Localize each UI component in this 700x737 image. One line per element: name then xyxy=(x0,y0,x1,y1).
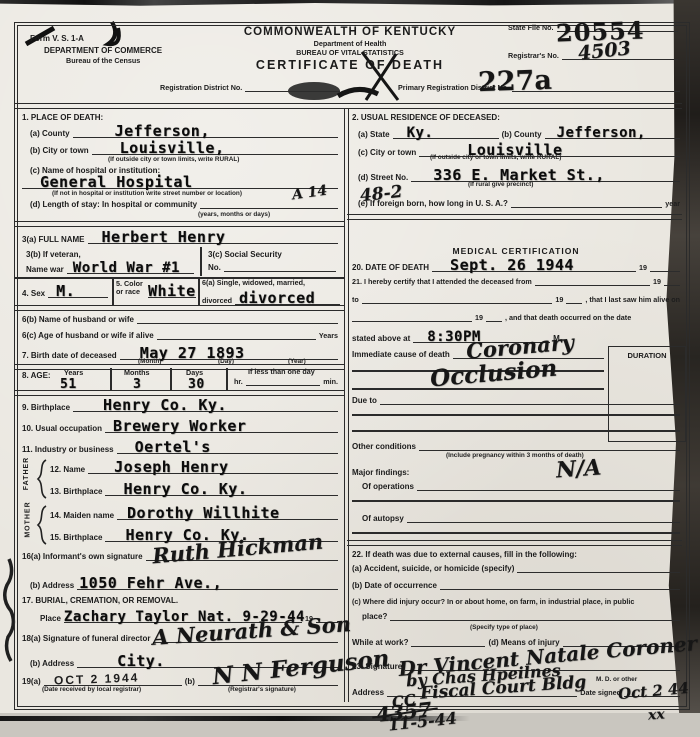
spouse-age-label: 6(c) Age of husband or wife if alive xyxy=(22,331,154,340)
ssn-line xyxy=(224,271,336,272)
father-birthplace-row: 13. Birthplace Henry Co. Ky. xyxy=(50,482,338,496)
external-causes-title: 22. If death was due to external causes,… xyxy=(352,550,577,559)
agebox-div3 xyxy=(226,368,228,390)
injury-place-line xyxy=(390,620,680,621)
birthplace-row: 9. Birthplace Henry Co. Ky. xyxy=(22,398,338,412)
dod-year-line xyxy=(650,271,680,272)
certify-y2: 19 xyxy=(555,296,563,304)
ssn-row: No. xyxy=(208,263,336,272)
received-label: 19(a) xyxy=(22,677,41,686)
due-to-line3 xyxy=(352,430,680,432)
occupation-line: Brewery Worker xyxy=(105,419,338,433)
residence-state-label: (a) State xyxy=(358,130,390,139)
occupation-row: 10. Usual occupation Brewery Worker xyxy=(22,419,338,433)
marital-label: 6(a) Single, widowed, married, xyxy=(202,279,305,287)
operations-line2 xyxy=(352,500,680,502)
form-number: Form V. S. 1-A xyxy=(30,34,84,43)
bureau-vital-statistics: BUREAU OF VITAL STATISTICS xyxy=(230,49,470,57)
father-name-row: 12. Name Joseph Henry xyxy=(50,460,338,474)
father-brace xyxy=(36,458,48,500)
foreign-line xyxy=(511,207,662,208)
at-work-line xyxy=(411,646,485,647)
duration-label: DURATION xyxy=(609,351,685,360)
duration-box: DURATION xyxy=(608,346,686,442)
age-min-label: min. xyxy=(323,378,338,386)
age-hr-row: hr. min. xyxy=(234,378,338,386)
section2-rule xyxy=(347,214,682,220)
agebox-div2 xyxy=(170,368,172,390)
county-row: (a) County Jefferson, xyxy=(30,124,338,138)
father-side-label: FATHER xyxy=(23,457,30,490)
full-name-line: Herbert Henry xyxy=(88,230,338,244)
physician-sig-suffix: M. D. or other xyxy=(596,676,637,683)
residence-state-line: Ky. xyxy=(393,126,499,139)
certify-y2-blank xyxy=(566,303,582,304)
hospital-value: General Hospital xyxy=(40,175,193,190)
spouse-age-suffix: Years xyxy=(319,332,338,340)
residence-county-line: Jefferson, xyxy=(545,126,680,139)
major-findings-label: Major findings: xyxy=(352,468,409,477)
box3-divider xyxy=(200,247,202,276)
father-name-label: 12. Name xyxy=(50,465,85,474)
residence-city-label: (c) City or town xyxy=(358,148,416,157)
received-caption: (Date received by local registrar) xyxy=(42,686,141,693)
father-birthplace-line: Henry Co. Ky. xyxy=(105,482,338,496)
spouse-age-line xyxy=(157,339,316,340)
residence-county-value: Jefferson, xyxy=(557,126,646,140)
birthplace-label: 9. Birthplace xyxy=(22,403,70,412)
age-less-label: If less than one day xyxy=(248,368,315,376)
age-months-value: 3 xyxy=(133,378,141,391)
autopsy-row: Of autopsy xyxy=(362,514,680,523)
certify-to-label: to xyxy=(352,296,359,304)
due-to-row: Due to xyxy=(352,396,680,405)
sex-row: 4. Sex M. xyxy=(22,284,108,298)
injury-caption: (Specify type of place) xyxy=(470,624,538,631)
accident-label: (a) Accident, suicide, or homicide (spec… xyxy=(352,564,514,573)
dod-year-prefix: 19 xyxy=(639,264,647,272)
registration-district-row: Registration District No. xyxy=(160,84,340,92)
funeral-addr-label: (b) Address xyxy=(30,659,74,668)
city-value: Louisville, xyxy=(120,141,225,156)
occupation-label: 10. Usual occupation xyxy=(22,424,102,433)
date-of-death-label: 20. DATE OF DEATH xyxy=(352,263,429,272)
marital-label2: divorced xyxy=(202,297,232,305)
footer-marks: xx xyxy=(648,707,666,722)
received-date-stamp: OCT 2 1944 xyxy=(53,671,139,688)
veteran-label: 3(b) If veteran, xyxy=(26,250,81,259)
registration-district-line xyxy=(245,91,340,92)
residence-city-caption: (If outside city or town limits, write R… xyxy=(430,154,561,161)
due-to-label: Due to xyxy=(352,396,377,405)
mother-name-value: Dorothy Willhite xyxy=(127,506,280,521)
foreign-suffix: year xyxy=(665,200,680,208)
registrar-number: 4503 xyxy=(577,39,632,63)
residence-county-label: (b) County xyxy=(502,130,542,139)
informant-addr-line: 1050 Fehr Ave., xyxy=(77,576,338,590)
street-label: (d) Street No. xyxy=(358,173,408,182)
residence-title: 2. USUAL RESIDENCE OF DECEASED: xyxy=(352,113,500,122)
mother-birthplace-label: 15. Birthplace xyxy=(50,533,102,542)
stay-line xyxy=(200,208,338,209)
mother-name-row: 14. Maiden name Dorothy Willhite xyxy=(50,506,338,520)
certify-line1: 21. I hereby certify that I attended the… xyxy=(352,278,532,286)
sex-value: M. xyxy=(56,284,75,299)
certificate-title: CERTIFICATE OF DEATH xyxy=(230,58,470,72)
section4-rule xyxy=(14,305,344,311)
city-line: Louisville, xyxy=(92,141,338,155)
physician-addr-label: Address xyxy=(352,688,384,697)
age-hr-line xyxy=(246,385,320,386)
mother-side-label: MOTHER xyxy=(25,501,32,537)
stay-row: (d) Length of stay: In hospital or commu… xyxy=(30,200,338,209)
registrar-no-label: Registrar's No. xyxy=(508,52,559,60)
due-to-line2 xyxy=(352,414,680,416)
autopsy-line2 xyxy=(352,532,680,534)
full-name-value: Herbert Henry xyxy=(102,230,226,245)
spouse-age-row: 6(c) Age of husband or wife if alive Yea… xyxy=(22,331,338,340)
mother-name-label: 14. Maiden name xyxy=(50,511,114,520)
certify-to-blank xyxy=(362,303,553,304)
other-conditions-row: Other conditions xyxy=(352,442,680,451)
industry-label: 11. Industry or business xyxy=(22,445,114,454)
autopsy-label: Of autopsy xyxy=(362,514,404,523)
informant-addr-value: 1050 Fehr Ave., xyxy=(79,576,222,591)
full-name-row: 3(a) FULL NAME Herbert Henry xyxy=(22,230,338,244)
war-row: Name war World War #1 xyxy=(26,261,194,274)
spouse-label: 6(b) Name of husband or wife xyxy=(22,315,134,324)
scan-edge-top xyxy=(0,0,700,6)
death-certificate-scan: Form V. S. 1-A DEPARTMENT OF COMMERCE Bu… xyxy=(0,0,700,737)
city-row: (b) City or town Louisville, xyxy=(30,141,338,155)
foreign-row: (e) If foreign born, how long in U. S. A… xyxy=(358,199,680,208)
certify-y1-blank xyxy=(664,285,680,286)
injury-label-1: (c) Where did injury occur? In or about … xyxy=(352,598,634,606)
city-caption: (If outside city or town limits, write R… xyxy=(108,156,239,163)
industry-line: Oertel's xyxy=(117,440,338,454)
department-of-commerce: DEPARTMENT OF COMMERCE xyxy=(44,46,162,55)
county-value: Jefferson, xyxy=(115,124,210,139)
due-to-line xyxy=(380,404,680,405)
birth-date-label: 7. Birth date of deceased xyxy=(22,351,117,360)
father-name-value: Joseph Henry xyxy=(114,460,228,475)
autopsy-line xyxy=(407,522,680,523)
date-of-death-line: Sept. 26 1944 xyxy=(432,258,636,272)
agebox-div1 xyxy=(110,368,112,390)
birthplace-line: Henry Co. Ky. xyxy=(73,398,338,412)
father-name-line: Joseph Henry xyxy=(88,460,338,474)
registration-district-label: Registration District No. xyxy=(160,84,242,92)
industry-row: 11. Industry or business Oertel's xyxy=(22,440,338,454)
occurrence-row: (b) Date of occurrence xyxy=(352,581,680,590)
certify-y3-blank xyxy=(486,321,502,322)
race-line: White xyxy=(148,284,196,298)
stated-label: stated above at xyxy=(352,334,410,343)
at-work-label: While at work? xyxy=(352,638,408,647)
marital-line: divorced xyxy=(235,291,340,305)
place-of-death-title: 1. PLACE OF DEATH: xyxy=(22,113,103,122)
date-of-death-value: Sept. 26 1944 xyxy=(450,258,574,273)
ssn-label: 3(c) Social Security xyxy=(208,250,282,259)
mother-name-line: Dorothy Willhite xyxy=(117,506,338,520)
date-of-death-row: 20. DATE OF DEATH Sept. 26 1944 19 xyxy=(352,258,680,272)
certify-death-occurred: , and that death occurred on the date xyxy=(505,314,631,322)
war-label: Name war xyxy=(26,265,64,274)
sex-label: 4. Sex xyxy=(22,289,45,298)
occupation-value: Brewery Worker xyxy=(113,419,246,434)
occurrence-line xyxy=(440,589,680,590)
received-line: OCT 2 1944 xyxy=(44,672,182,686)
industry-value: Oertel's xyxy=(135,440,211,455)
city-label: (b) City or town xyxy=(30,146,89,155)
physician-sig-label: 23. Signature xyxy=(352,662,402,671)
residence-state-value: Ky. xyxy=(407,126,434,140)
burial-place-label: Place xyxy=(40,614,61,623)
medical-title: MEDICAL CERTIFICATION xyxy=(352,246,680,256)
certify-row2: to 19 , that I last saw him alive on xyxy=(352,296,680,304)
section22-rule xyxy=(347,540,682,546)
state-file-label: State File No. xyxy=(508,24,554,32)
birthplace-value: Henry Co. Ky. xyxy=(103,398,227,413)
operations-row: Of operations xyxy=(362,482,680,491)
occurrence-label: (b) Date of occurrence xyxy=(352,581,437,590)
spouse-line xyxy=(137,323,338,324)
bureau-of-census: Bureau of the Census xyxy=(66,57,140,65)
race-label: 5. Color or race xyxy=(116,280,150,297)
box4-divider1 xyxy=(112,277,114,305)
operations-line xyxy=(417,490,680,491)
operations-label: Of operations xyxy=(362,482,414,491)
certify-y1: 19 xyxy=(653,278,661,286)
burial-title: 17. BURIAL, CREMATION, OR REMOVAL. xyxy=(22,596,178,605)
street-line: 336 E. Market St., xyxy=(411,168,680,182)
informant-addr-label: (b) Address xyxy=(30,581,74,590)
hospital-caption: (If not in hospital or institution write… xyxy=(52,190,242,197)
spouse-row: 6(b) Name of husband or wife xyxy=(22,315,338,324)
marital-value: divorced xyxy=(239,291,315,306)
certify-line1-blank xyxy=(535,285,650,286)
sex-line: M. xyxy=(48,284,108,298)
cause-label: Immediate cause of death xyxy=(352,350,450,359)
county-label: (a) County xyxy=(30,129,70,138)
age-label: 8. AGE: xyxy=(22,371,51,380)
accident-row: (a) Accident, suicide, or homicide (spec… xyxy=(352,564,680,573)
injury-place-row: place? xyxy=(362,612,680,621)
certify-y3: 19 xyxy=(475,314,483,322)
residence-state-row: (a) State Ky. (b) County Jefferson, xyxy=(358,126,680,139)
funeral-addr-value: City. xyxy=(117,654,165,669)
certify-row3-blank xyxy=(352,321,472,322)
street-row: (d) Street No. 336 E. Market St., xyxy=(358,168,680,182)
section1-rule xyxy=(14,221,344,227)
street-caption: (If rural give precinct) xyxy=(468,181,533,188)
stay-caption: (years, months or days) xyxy=(198,211,270,218)
race-value: White xyxy=(148,284,196,299)
ssn-no-label: No. xyxy=(208,263,221,272)
registrar-b-label: (b) xyxy=(185,677,195,686)
accident-line xyxy=(517,572,680,573)
father-birthplace-value: Henry Co. Ky. xyxy=(123,482,247,497)
race-row: White xyxy=(148,284,196,298)
funeral-director-label: 18(a) Signature of funeral director xyxy=(22,634,150,643)
primary-district-number: 227a xyxy=(478,67,553,97)
father-birthplace-label: 13. Birthplace xyxy=(50,487,102,496)
foreign-label: (e) If foreign born, how long in U. S. A… xyxy=(358,199,508,208)
age-years-value: 51 xyxy=(60,378,77,391)
certify-row3: 19 , and that death occurred on the date xyxy=(352,314,680,322)
box4-divider2 xyxy=(198,277,200,305)
certify-saw-alive: , that I last saw him alive on xyxy=(585,296,680,304)
major-findings-note: N/A xyxy=(555,456,602,481)
mother-brace xyxy=(36,504,48,546)
informant-sig-label: 16(a) Informant's own signature xyxy=(22,552,143,561)
other-conditions-label: Other conditions xyxy=(352,442,416,451)
informant-addr-row: (b) Address 1050 Fehr Ave., xyxy=(30,576,338,590)
marital-row: divorced divorced xyxy=(202,291,340,305)
war-value: World War #1 xyxy=(73,261,180,275)
certify-row1: 21. I hereby certify that I attended the… xyxy=(352,278,680,286)
stay-label: (d) Length of stay: In hospital or commu… xyxy=(30,200,197,209)
county-line: Jefferson, xyxy=(73,124,338,138)
age-days-value: 30 xyxy=(188,378,205,391)
war-line: World War #1 xyxy=(67,261,194,274)
full-name-label: 3(a) FULL NAME xyxy=(22,235,85,244)
injury-label-2: place? xyxy=(362,612,387,621)
age-hr-label: hr. xyxy=(234,378,243,386)
commonwealth-title: COMMONWEALTH OF KENTUCKY xyxy=(230,26,470,38)
